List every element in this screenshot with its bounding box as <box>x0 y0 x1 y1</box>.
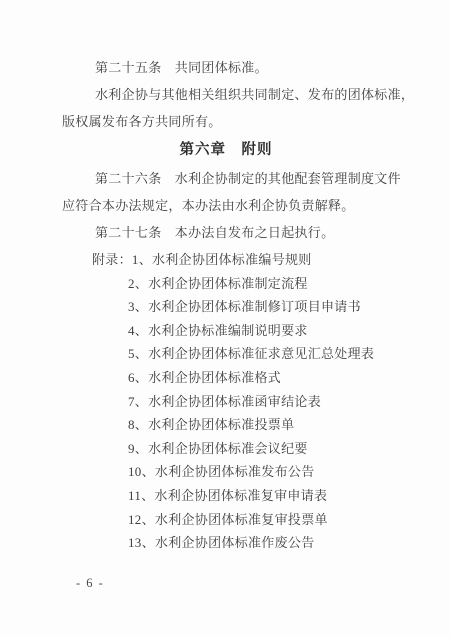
text-line: 版权属发布各方共同所有。 <box>62 111 390 138</box>
appendix-line: 2、水利企协团体标准制定流程 <box>62 273 390 297</box>
appendix-line: 10、水利企协团体标准发布公告 <box>62 461 390 485</box>
text-line: 应符合本办法规定，本办法由水利企协负责解释。 <box>62 195 390 222</box>
appendix-line: 11、水利企协团体标准复审申请表 <box>62 485 390 509</box>
appendix-line: 8、水利企协团体标准投票单 <box>62 414 390 438</box>
appendix-line: 12、水利企协团体标准复审投票单 <box>62 509 390 533</box>
appendix-line: 3、水利企协团体标准制修订项目申请书 <box>62 296 390 320</box>
page-number: - 6 - <box>76 576 104 591</box>
text-line: 水利企协与其他相关组织共同制定、发布的团体标准， <box>62 84 390 111</box>
appendix-line: 9、水利企协团体标准会议纪要 <box>62 438 390 462</box>
text-line: 第二十六条 水利企协制定的其他配套管理制度文件 <box>62 168 390 195</box>
text-line: 第二十五条 共同团体标准。 <box>62 57 390 84</box>
document-body: 第二十五条 共同团体标准。水利企协与其他相关组织共同制定、发布的团体标准，版权属… <box>62 57 390 556</box>
appendix-line: 4、水利企协标准编制说明要求 <box>62 320 390 344</box>
chapter-heading: 第六章 附则 <box>62 138 390 168</box>
appendix-line: 6、水利企协团体标准格式 <box>62 367 390 391</box>
document-page: 第二十五条 共同团体标准。水利企协与其他相关组织共同制定、发布的团体标准，版权属… <box>0 0 450 636</box>
text-line: 第二十七条 本办法自发布之日起执行。 <box>62 222 390 249</box>
appendix-line: 5、水利企协团体标准征求意见汇总处理表 <box>62 343 390 367</box>
appendix-line: 7、水利企协团体标准函审结论表 <box>62 391 390 415</box>
appendix-line: 13、水利企协团体标准作废公告 <box>62 532 390 556</box>
appendix-line: 附录：1、水利企协团体标准编号规则 <box>62 249 390 273</box>
